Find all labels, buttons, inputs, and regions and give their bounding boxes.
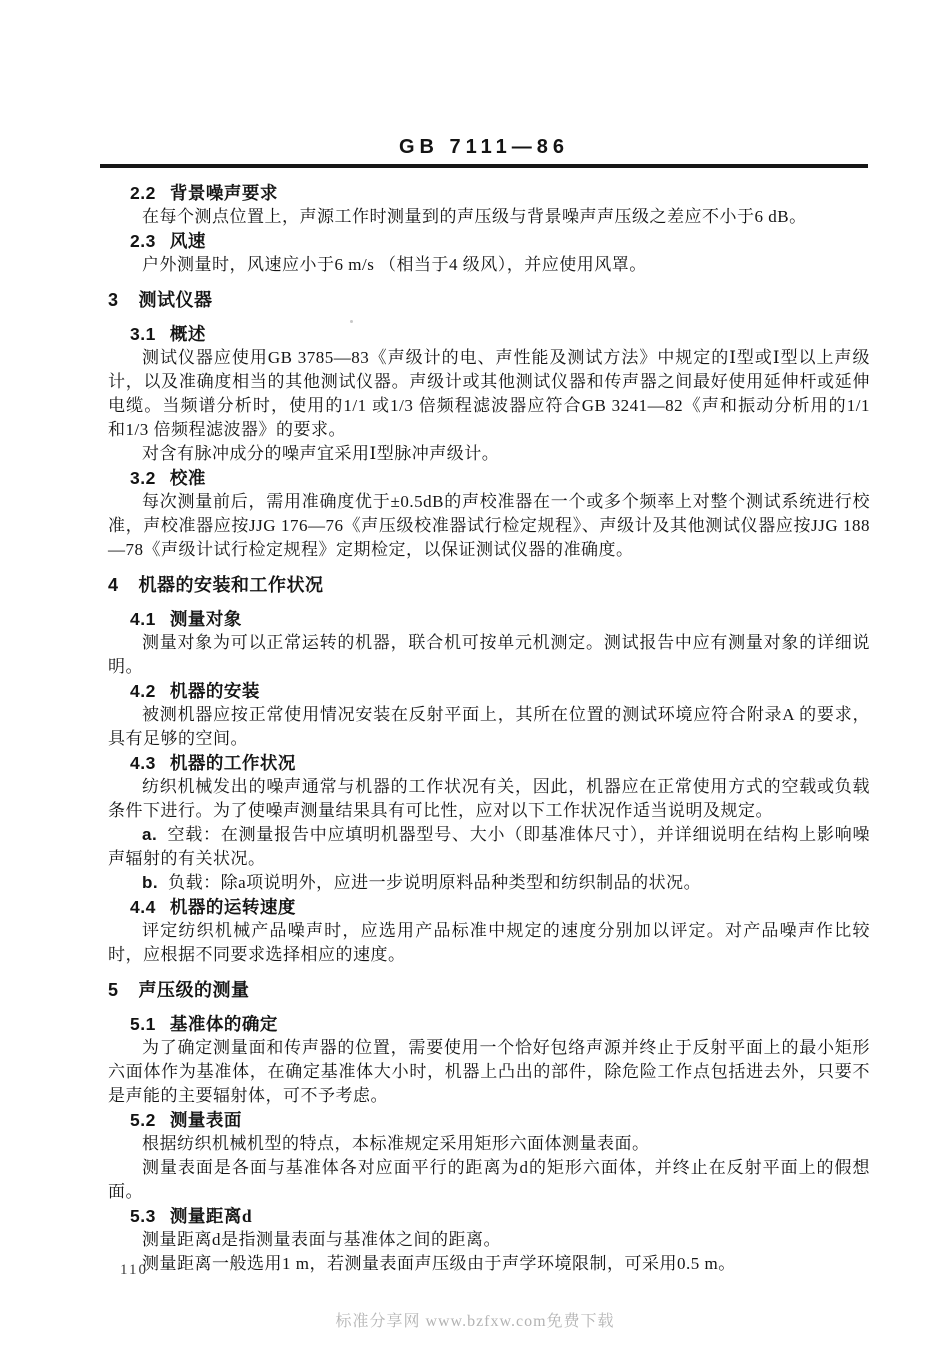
heading-title: 机器的运转速度: [170, 897, 296, 917]
heading-number: 3.1: [130, 324, 156, 344]
heading-title: 测试仪器: [139, 290, 213, 310]
heading-number: 4.3: [130, 753, 156, 773]
heading-number: 5.1: [130, 1014, 156, 1034]
scan-speck: [628, 928, 630, 931]
section-heading: 5.3测量距离d: [130, 1204, 870, 1228]
list-item: a.空载：在测量报告中应填明机器型号、大小（即基准体尺寸），并详细说明在结构上影…: [108, 823, 870, 871]
heading-title: 机器的工作状况: [170, 753, 296, 773]
heading-title: 机器的安装: [170, 681, 260, 701]
standard-number: GB 7111—86: [399, 136, 569, 158]
heading-title: 背景噪声要求: [170, 183, 278, 203]
section-heading: 2.2背景噪声要求: [130, 181, 870, 205]
paragraph: 测量表面是各面与基准体各对应面平行的距离为d的矩形六面体，并终止在反射平面上的假…: [108, 1156, 870, 1204]
heading-title: 概述: [170, 324, 206, 344]
heading-title: 机器的安装和工作状况: [139, 575, 324, 595]
heading-number: 3: [108, 290, 119, 310]
heading-number: 4.4: [130, 897, 156, 917]
paragraph: 每次测量前后，需用准确度优于±0.5dB的声校准器在一个或多个频率上对整个测试系…: [108, 490, 870, 562]
paragraph: 测量距离d是指测量表面与基准体之间的距离。: [108, 1228, 870, 1252]
section-heading: 5.1基准体的确定: [130, 1012, 870, 1036]
chapter-heading: 4机器的安装和工作状况: [108, 573, 870, 597]
heading-title: 测量对象: [170, 609, 242, 629]
section-heading: 4.2机器的安装: [130, 679, 870, 703]
heading-number: 4.2: [130, 681, 156, 701]
heading-number: 4: [108, 575, 119, 595]
heading-number: 4.1: [130, 609, 156, 629]
paragraph: 纺织机械发出的噪声通常与机器的工作状况有关，因此，机器应在正常使用方式的空载或负…: [108, 775, 870, 823]
section-heading: 2.3风速: [130, 229, 870, 253]
paragraph: 评定纺织机械产品噪声时，应选用产品标准中规定的速度分别加以评定。对产品噪声作比较…: [108, 919, 870, 967]
scan-speck: [350, 320, 353, 323]
heading-number: 5.2: [130, 1110, 156, 1130]
chapter-heading: 3测试仪器: [108, 288, 870, 312]
heading-number: 2.2: [130, 183, 156, 203]
heading-number: 5: [108, 980, 119, 1000]
heading-title: 风速: [170, 231, 206, 251]
paragraph: 根据纺织机械机型的特点，本标准规定采用矩形六面体测量表面。: [108, 1132, 870, 1156]
heading-title: 校准: [170, 468, 206, 488]
list-marker: a.: [142, 825, 157, 844]
document-body: 2.2背景噪声要求在每个测点位置上，声源工作时测量到的声压级与背景噪声声压级之差…: [108, 181, 870, 1276]
section-heading: 4.4机器的运转速度: [130, 895, 870, 919]
heading-number: 2.3: [130, 231, 156, 251]
heading-title: 声压级的测量: [139, 980, 250, 1000]
paragraph: 户外测量时，风速应小于6 m/s （相当于4 级风），并应使用风罩。: [108, 253, 870, 277]
section-heading: 4.3机器的工作状况: [130, 751, 870, 775]
paragraph: 被测机器应按正常使用情况安装在反射平面上，其所在位置的测试环境应符合附录A 的要…: [108, 703, 870, 751]
heading-number: 5.3: [130, 1206, 156, 1226]
paragraph: 在每个测点位置上，声源工作时测量到的声压级与背景噪声声压级之差应不小于6 dB。: [108, 205, 870, 229]
paragraph: 测量距离一般选用1 m，若测量表面声压级由于声学环境限制，可采用0.5 m。: [108, 1252, 870, 1276]
watermark-text: 标准分享网 www.bzfxw.com免费下载: [0, 1308, 950, 1331]
paragraph: 对含有脉冲成分的噪声宜采用Ⅰ型脉冲声级计。: [108, 442, 870, 466]
section-heading: 3.2校准: [130, 466, 870, 490]
chapter-heading: 5声压级的测量: [108, 978, 870, 1002]
paragraph: 为了确定测量面和传声器的位置，需要使用一个恰好包络声源并终止于反射平面上的最小矩…: [108, 1036, 870, 1108]
scanned-standard-page: GB 7111—86 2.2背景噪声要求在每个测点位置上，声源工作时测量到的声压…: [0, 0, 950, 1348]
section-heading: 5.2测量表面: [130, 1108, 870, 1132]
page-header: GB 7111—86: [100, 136, 868, 159]
heading-title: 基准体的确定: [170, 1014, 278, 1034]
paragraph: 测试仪器应使用GB 3785—83《声级计的电、声性能及测试方法》中规定的Ⅰ型或…: [108, 346, 870, 442]
page-number: 110: [120, 1262, 148, 1279]
heading-number: 3.2: [130, 468, 156, 488]
list-item: b.负载：除a项说明外，应进一步说明原料品种类型和纺织制品的状况。: [108, 871, 870, 895]
list-marker: b.: [142, 873, 158, 892]
section-heading: 3.1概述: [130, 322, 870, 346]
heading-title: 测量表面: [170, 1110, 242, 1130]
header-rule: [100, 164, 868, 168]
section-heading: 4.1测量对象: [130, 607, 870, 631]
paragraph: 测量对象为可以正常运转的机器，联合机可按单元机测定。测试报告中应有测量对象的详细…: [108, 631, 870, 679]
heading-title: 测量距离d: [170, 1206, 252, 1226]
